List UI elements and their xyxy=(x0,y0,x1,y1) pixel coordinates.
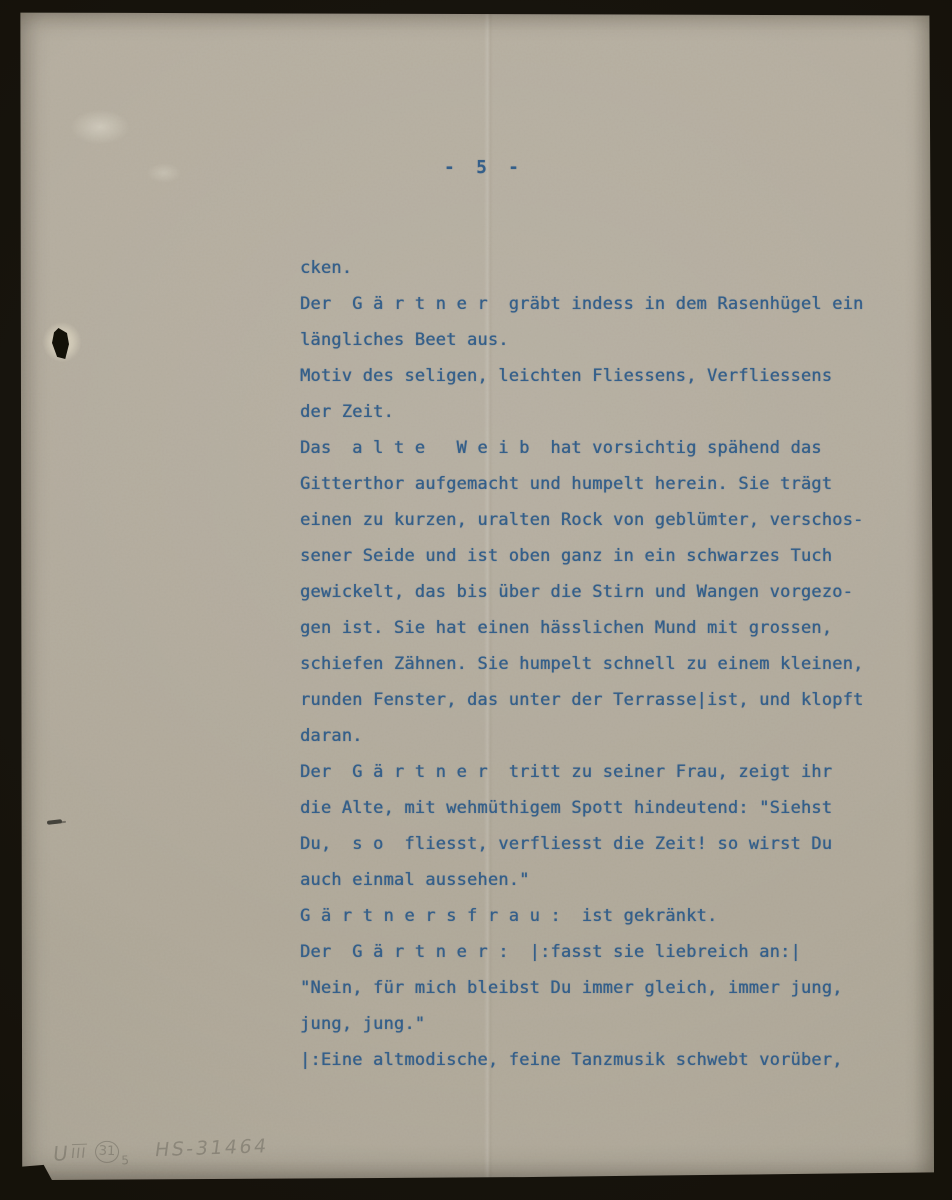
small-ink-smudge xyxy=(47,819,62,825)
classmark-circled-number: 31 xyxy=(95,1140,120,1163)
typed-line: gen ist. Sie hat einen hässlichen Mund m… xyxy=(300,610,900,646)
page-number: - 5 - xyxy=(382,156,582,180)
typed-line: daran. xyxy=(300,718,900,754)
typed-line: gewickelt, das bis über die Stirn und Wa… xyxy=(300,574,900,610)
typed-line: Das a l t e W e i b hat vorsichtig spähe… xyxy=(300,430,900,466)
typed-line: schiefen Zähnen. Sie humpelt schnell zu … xyxy=(300,646,900,682)
typed-line: der Zeit. xyxy=(300,394,900,430)
typed-text-block: cken.Der G ä r t n e r gräbt indess in d… xyxy=(300,250,900,1078)
typed-line: G ä r t n e r s f r a u : ist gekränkt. xyxy=(300,898,900,934)
typed-line: cken. xyxy=(300,250,900,286)
typed-line: Gitterthor aufgemacht und humpelt herein… xyxy=(300,466,900,502)
typed-line: auch einmal aussehen." xyxy=(300,862,900,898)
manuscript-page: - 5 - cken.Der G ä r t n e r gräbt indes… xyxy=(19,12,934,1180)
typed-line: einen zu kurzen, uralten Rock von geblüm… xyxy=(300,502,900,538)
classmark-subscript: 5 xyxy=(121,1153,129,1171)
paper-smudge xyxy=(141,160,187,186)
classmark-prefix: U xyxy=(52,1141,69,1166)
paper-hole xyxy=(52,328,69,359)
typed-line: Der G ä r t n e r gräbt indess in dem Ra… xyxy=(300,286,900,322)
typed-line: längliches Beet aus. xyxy=(300,322,900,358)
archive-annotation: U III 31 5 HS-31464 xyxy=(52,1126,269,1173)
typed-line: Der G ä r t n e r tritt zu seiner Frau, … xyxy=(300,754,900,790)
classmark-roman-numeral: III xyxy=(70,1144,87,1163)
scan-background: - 5 - cken.Der G ä r t n e r gräbt indes… xyxy=(0,0,952,1200)
typed-line: Motiv des seligen, leichten Fliessens, V… xyxy=(300,358,900,394)
typed-line: Du, s o fliesst, verfliesst die Zeit! so… xyxy=(300,826,900,862)
typed-line: "Nein, für mich bleibst Du immer gleich,… xyxy=(300,970,900,1006)
shelfmark-number: HS-31464 xyxy=(153,1135,270,1161)
typed-line: |:Eine altmodische, feine Tanzmusik schw… xyxy=(300,1042,900,1078)
paper-smudge xyxy=(61,104,139,150)
typed-line: Der G ä r t n e r : |:fasst sie liebreic… xyxy=(300,934,900,970)
typed-line: sener Seide und ist oben ganz in ein sch… xyxy=(300,538,900,574)
typed-line: die Alte, mit wehmüthigem Spott hindeute… xyxy=(300,790,900,826)
typed-line: jung, jung." xyxy=(300,1006,900,1042)
typed-line: runden Fenster, das unter der Terrasse|i… xyxy=(300,682,900,718)
